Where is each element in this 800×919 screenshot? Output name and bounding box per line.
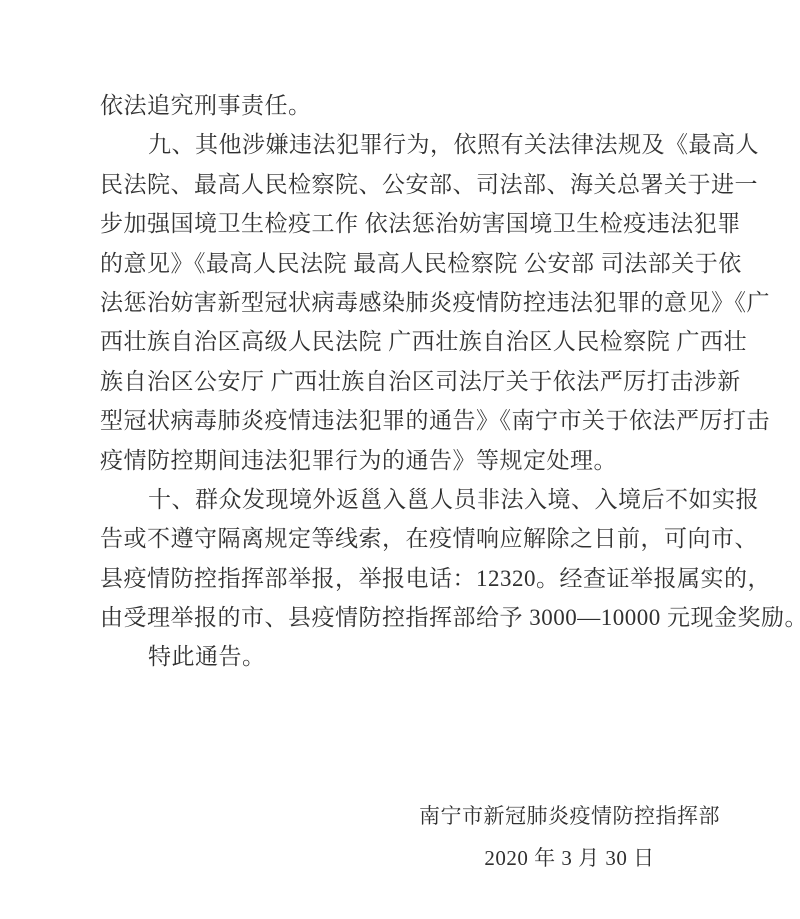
text-line: 十、群众发现境外返邕入邕人员非法入境、入境后不如实报: [100, 480, 724, 519]
issue-date: 2020 年 3 月 30 日: [419, 841, 720, 875]
text-line: 的意见》《最高人民法院 最高人民检察院 公安部 司法部关于依: [100, 244, 724, 283]
notice-document-page: 依法追究刑事责任。九、其他涉嫌违法犯罪行为，依照有关法律法规及《最高人民法院、最…: [0, 0, 800, 919]
text-line: 西壮族自治区高级人民法院 广西壮族自治区人民检察院 广西壮: [100, 322, 724, 361]
document-body: 依法追究刑事责任。九、其他涉嫌违法犯罪行为，依照有关法律法规及《最高人民法院、最…: [100, 86, 724, 677]
signature-block: 南宁市新冠肺炎疫情防控指挥部 2020 年 3 月 30 日: [419, 799, 720, 875]
text-line: 型冠状病毒肺炎疫情违法犯罪的通告》《南宁市关于依法严厉打击: [100, 401, 724, 440]
text-line: 法惩治妨害新型冠状病毒感染肺炎疫情防控违法犯罪的意见》《广: [100, 283, 724, 322]
text-line: 族自治区公安厅 广西壮族自治区司法厅关于依法严厉打击涉新: [100, 362, 724, 401]
text-line: 民法院、最高人民检察院、公安部、司法部、海关总署关于进一: [100, 165, 724, 204]
text-line: 县疫情防控指挥部举报，举报电话：12320。经查证举报属实的，: [100, 559, 724, 598]
text-line: 特此通告。: [100, 637, 724, 676]
text-line: 依法追究刑事责任。: [100, 86, 724, 125]
text-line: 疫情防控期间违法犯罪行为的通告》等规定处理。: [100, 441, 724, 480]
text-line: 由受理举报的市、县疫情防控指挥部给予 3000—10000 元现金奖励。: [100, 598, 724, 637]
text-line: 九、其他涉嫌违法犯罪行为，依照有关法律法规及《最高人: [100, 125, 724, 164]
text-line: 告或不遵守隔离规定等线索，在疫情响应解除之日前，可向市、: [100, 519, 724, 558]
text-line: 步加强国境卫生检疫工作 依法惩治妨害国境卫生检疫违法犯罪: [100, 204, 724, 243]
issuer-name: 南宁市新冠肺炎疫情防控指挥部: [419, 799, 720, 833]
